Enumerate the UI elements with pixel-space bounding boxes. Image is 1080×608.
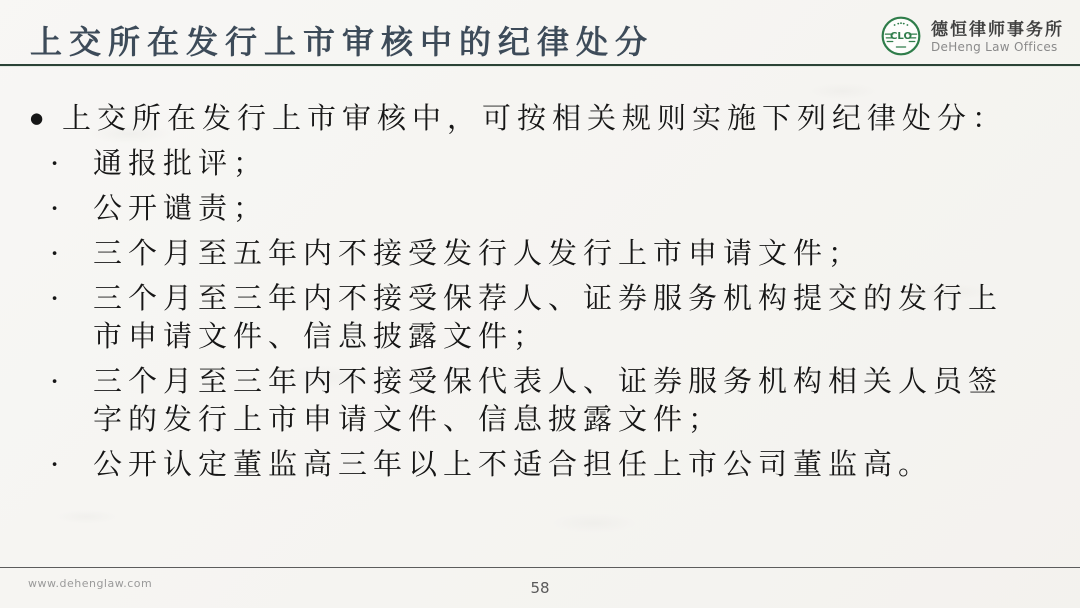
deheng-logo: CLO 德恒律师事务所 DeHeng Law Offices xyxy=(879,14,1064,62)
deheng-seal-icon: CLO xyxy=(879,14,923,62)
title-divider xyxy=(0,64,1080,67)
item-text: 三个月至三年内不接受保代表人、证券服务机构相关人员签 字的发行上市申请文件、信息… xyxy=(93,362,1066,438)
item-text: 公开谴责； xyxy=(93,189,1066,227)
lead-bullet-row: ● 上交所在发行上市审核中，可按相关规则实施下列纪律处分： xyxy=(30,99,1066,137)
svg-text:CLO: CLO xyxy=(890,31,912,42)
logo-name-cn: 德恒律师事务所 xyxy=(931,21,1064,41)
list-item: · 三个月至三年内不接受保代表人、证券服务机构相关人员签 字的发行上市申请文件、… xyxy=(48,362,1066,438)
sub-bullet-dot-icon: · xyxy=(48,362,93,438)
item-text: 三个月至三年内不接受保荐人、证券服务机构提交的发行上 市申请文件、信息披露文件； xyxy=(93,279,1066,355)
sub-bullet-dot-icon: · xyxy=(48,234,93,272)
page-number: 58 xyxy=(0,579,1080,597)
sub-bullet-dot-icon: · xyxy=(48,279,93,355)
list-item: · 公开认定董监高三年以上不适合担任上市公司董监高。 xyxy=(48,445,1066,483)
bullet-list: · 通报批评； · 公开谴责； · 三个月至五年内不接受发行人发行上市申请文件；… xyxy=(48,144,1066,483)
list-item: · 三个月至三年内不接受保荐人、证券服务机构提交的发行上 市申请文件、信息披露文… xyxy=(48,279,1066,355)
logo-text: 德恒律师事务所 DeHeng Law Offices xyxy=(931,21,1064,54)
slide-content: ● 上交所在发行上市审核中，可按相关规则实施下列纪律处分： · 通报批评； · … xyxy=(30,99,1066,483)
item-text: 通报批评； xyxy=(93,144,1066,182)
sub-bullet-dot-icon: · xyxy=(48,189,93,227)
logo-name-en: DeHeng Law Offices xyxy=(931,41,1064,55)
slide: 上交所在发行上市审核中的纪律处分 CLO xyxy=(0,0,1080,608)
sub-bullet-dot-icon: · xyxy=(48,144,93,182)
bullet-dot-icon: ● xyxy=(30,99,62,137)
item-text: 公开认定董监高三年以上不适合担任上市公司董监高。 xyxy=(93,445,1066,483)
footer-divider xyxy=(0,567,1080,568)
list-item: · 通报批评； xyxy=(48,144,1066,182)
list-item: · 三个月至五年内不接受发行人发行上市申请文件； xyxy=(48,234,1066,272)
lead-text: 上交所在发行上市审核中，可按相关规则实施下列纪律处分： xyxy=(62,99,1007,137)
item-text: 三个月至五年内不接受发行人发行上市申请文件； xyxy=(93,234,1066,272)
page-title: 上交所在发行上市审核中的纪律处分 xyxy=(30,17,654,63)
list-item: · 公开谴责； xyxy=(48,189,1066,227)
sub-bullet-dot-icon: · xyxy=(48,445,93,483)
